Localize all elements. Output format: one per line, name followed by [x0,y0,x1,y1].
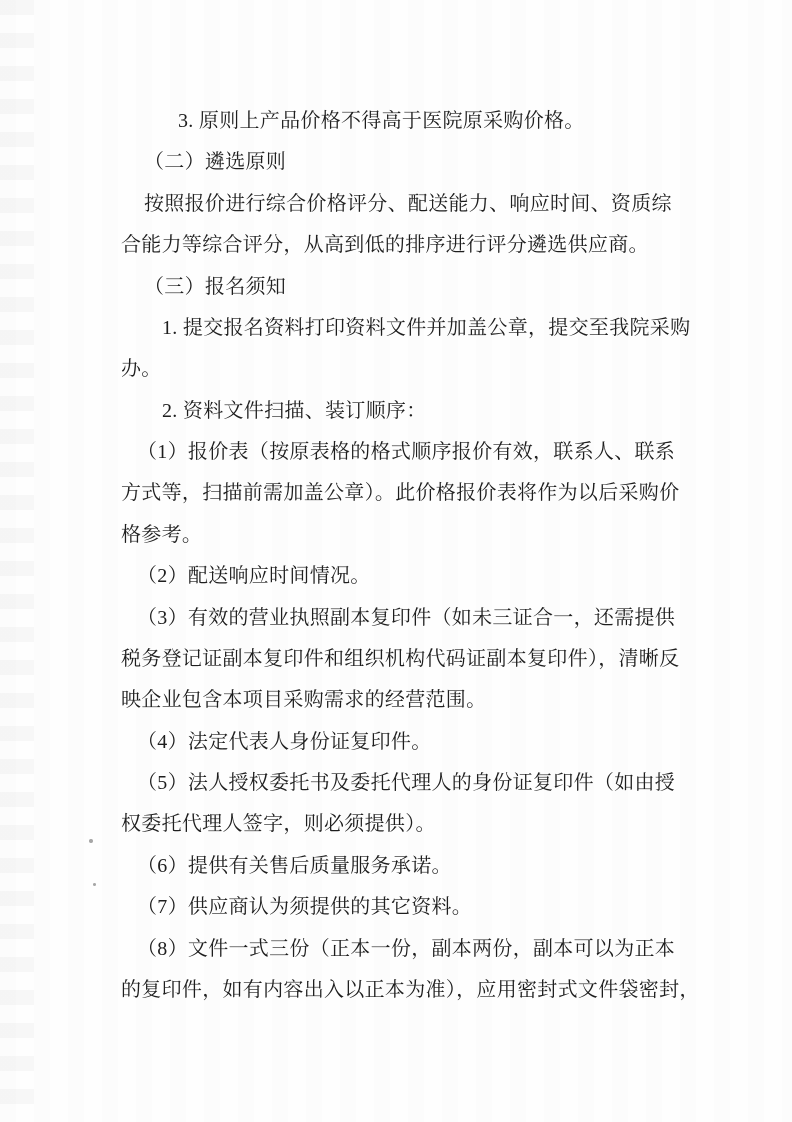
text-line: 2. 资料文件扫描、装订顺序： [162,391,427,431]
scan-artifact-left-bands [0,0,34,1122]
text-line: （8）文件一式三份（正本一份，副本两份，副本可以为正本 [137,929,675,969]
text-line: （4）法定代表人身份证复印件。 [137,722,432,762]
text-line: 3. 原则上产品价格不得高于医院原采购价格。 [178,101,585,141]
text-line: 映企业包含本项目采购需求的经营范围。 [121,680,486,720]
text-line: 格参考。 [121,515,202,555]
text-line: 1. 提交报名资料打印资料文件并加盖公章，提交至我院采购 [162,308,690,348]
text-line: 办。 [121,349,162,389]
text-line: 方式等，扫描前需加盖公章）。此价格报价表将作为以后采购价 [121,473,679,513]
text-line: 合能力等综合评分，从高到低的排序进行评分遴选供应商。 [121,225,649,265]
text-line: 按照报价进行综合价格评分、配送能力、响应时间、资质综 [144,184,672,224]
text-line: （5）法人授权委托书及委托代理人的身份证复印件（如由授 [137,763,675,803]
text-line: （1）报价表（按原表格的格式顺序报价有效，联系人、联系 [137,432,675,472]
text-line: （三）报名须知 [144,267,286,307]
text-line: 税务登记证副本复印件和组织机构代码证副本复印件），清晰反 [121,639,679,679]
text-line: （3）有效的营业执照副本复印件（如未三证合一，还需提供 [137,598,675,638]
ink-speck [89,839,93,843]
text-line: 的复印件，如有内容出入以正本为准），应用密封式文件袋密封， [121,970,700,1010]
text-line: （7）供应商认为须提供的其它资料。 [137,887,472,927]
text-line: （二）遴选原则 [144,142,286,182]
text-line: （2）配送响应时间情况。 [137,556,371,596]
document-page: 3. 原则上产品价格不得高于医院原采购价格。（二）遴选原则按照报价进行综合价格评… [0,0,792,1122]
text-line: 权委托代理人签字，则必须提供）。 [121,804,436,844]
ink-speck [93,883,96,886]
text-line: （6）提供有关售后质量服务承诺。 [137,846,452,886]
